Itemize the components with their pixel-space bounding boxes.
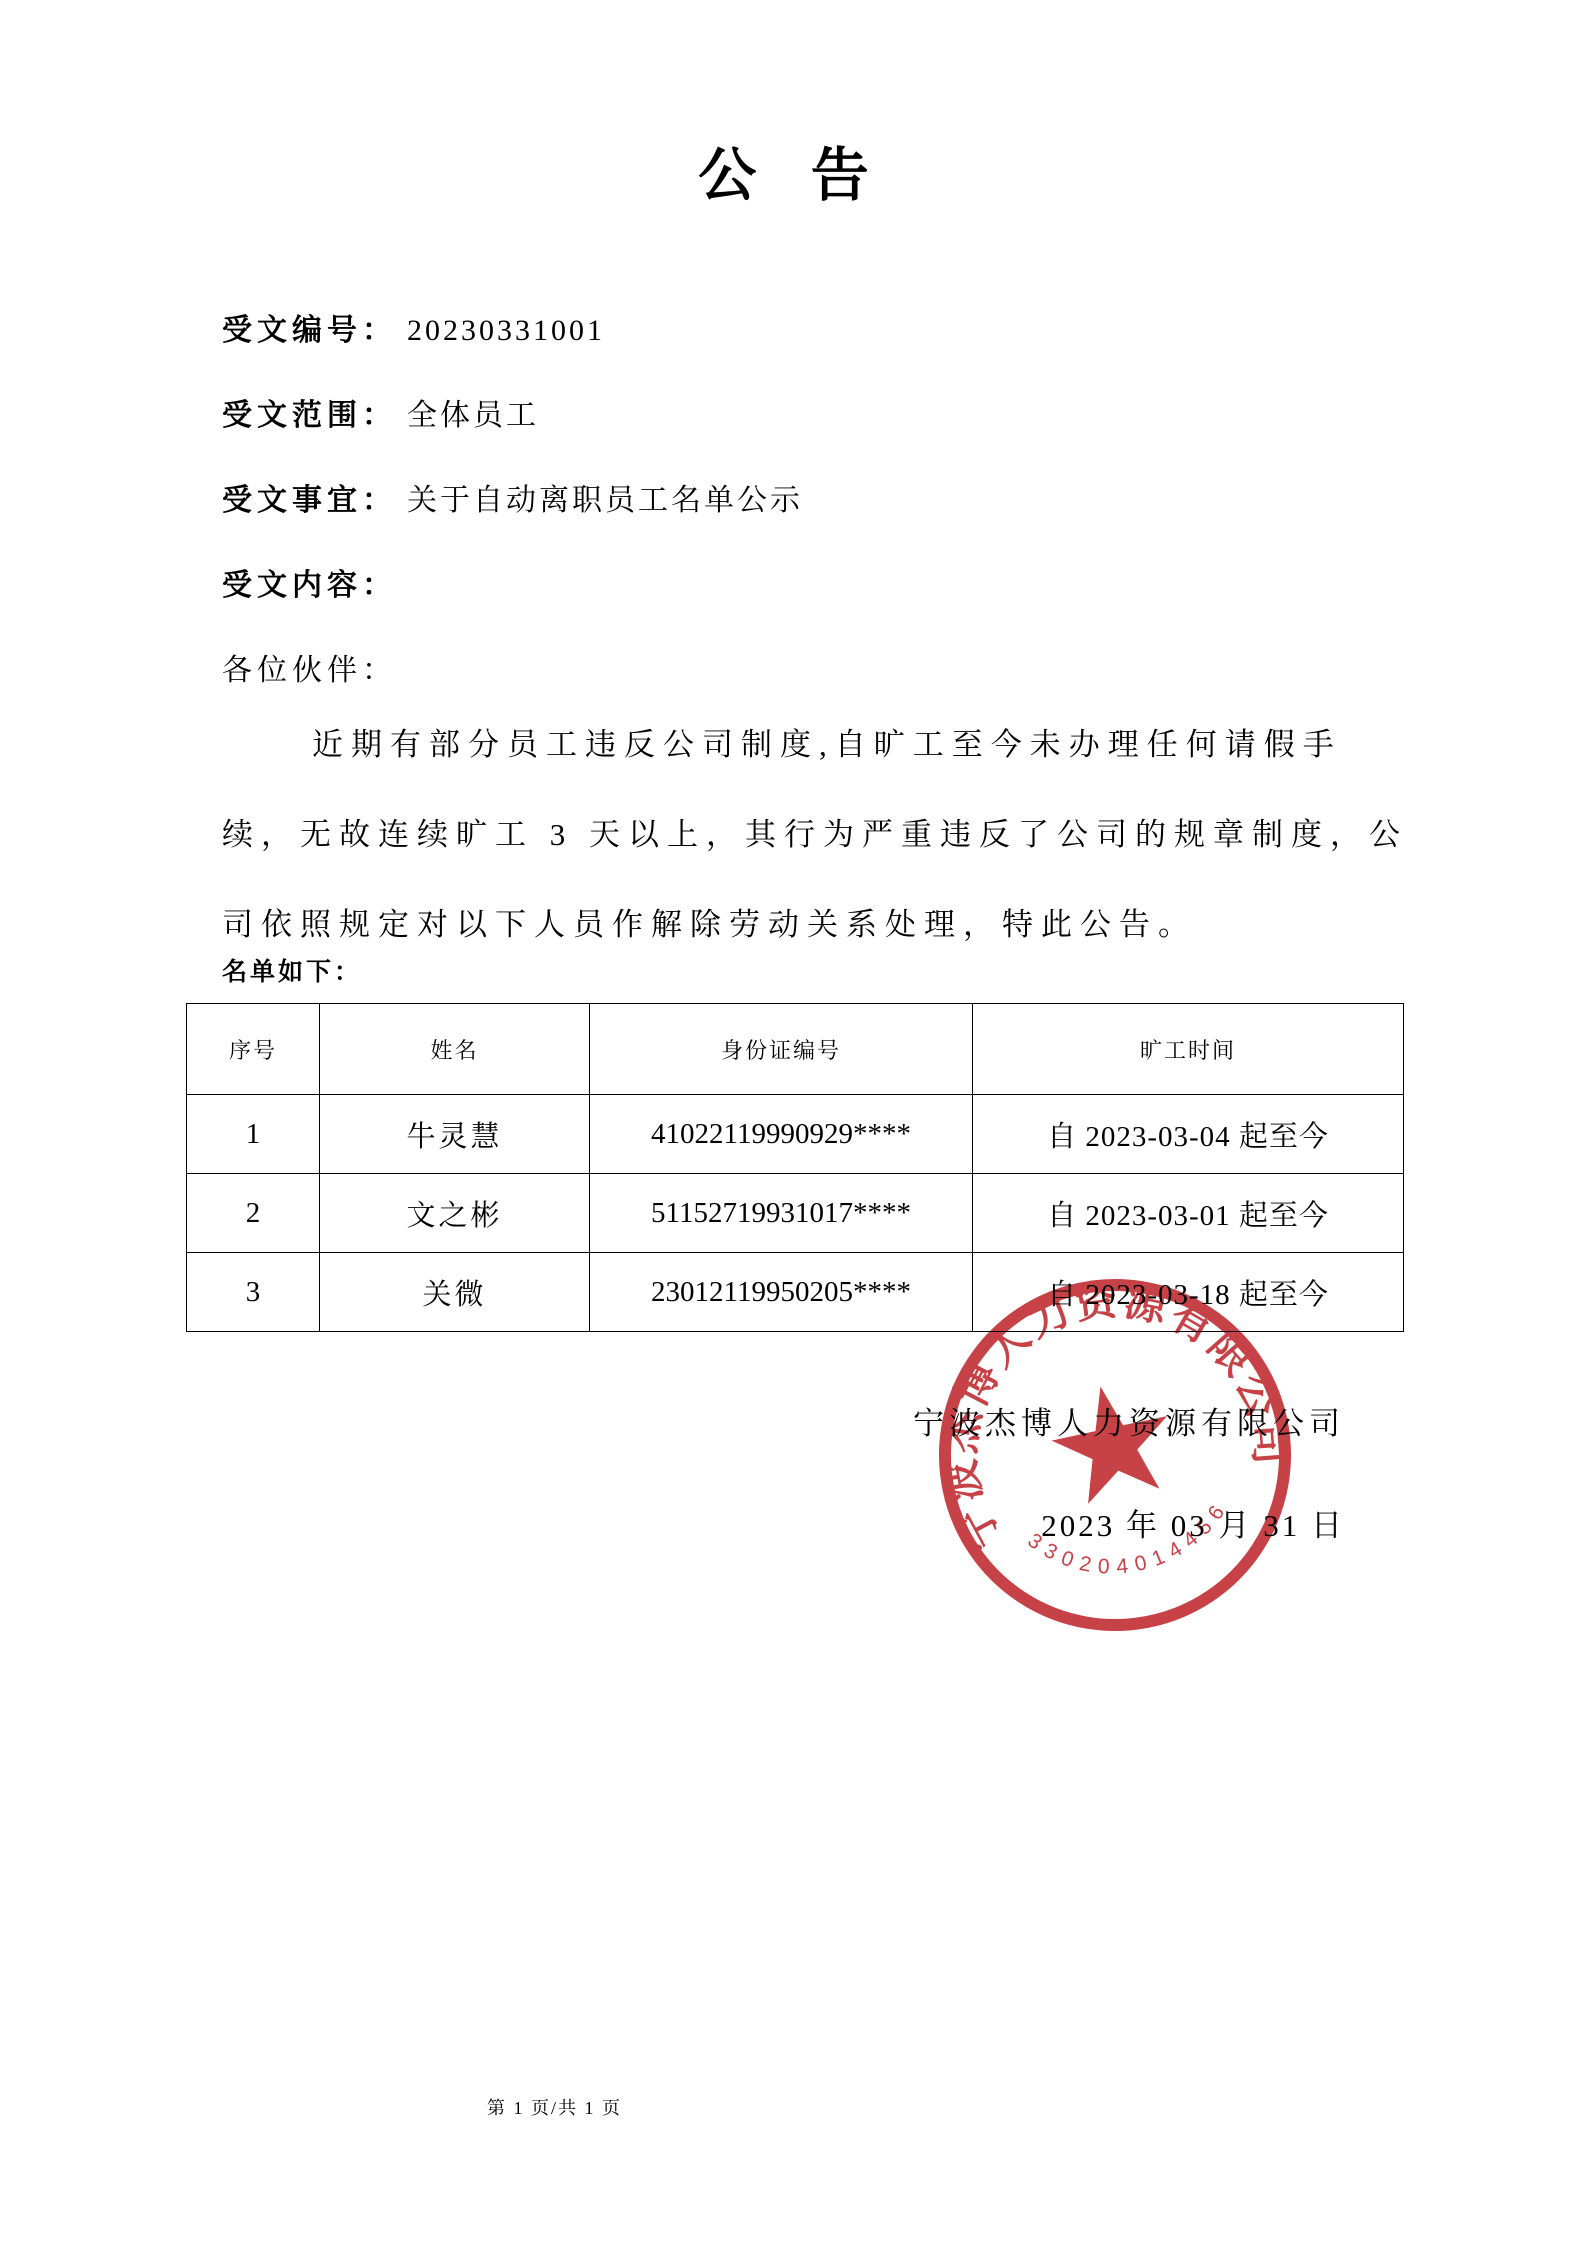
meta-line-content: 受文内容： bbox=[222, 543, 803, 628]
cell-id-number: 41022119990929**** bbox=[590, 1095, 973, 1174]
scope-label: 受文范围： bbox=[222, 399, 397, 432]
subject-label: 受文事宜： bbox=[222, 484, 397, 517]
cell-absence: 自 2023-03-18 起至今 bbox=[973, 1253, 1404, 1332]
footer-page-number: 第 1 页/共 1 页 bbox=[487, 2094, 622, 2120]
doc-number-label: 受文编号： bbox=[222, 314, 397, 347]
cell-id-number: 23012119950205**** bbox=[590, 1253, 973, 1332]
cell-seq: 2 bbox=[187, 1174, 320, 1253]
table-row: 3 关微 23012119950205**** 自 2023-03-18 起至今 bbox=[187, 1253, 1404, 1332]
cell-seq: 1 bbox=[187, 1095, 320, 1174]
signature-block: 宁波杰博人力资源有限公司 2023 年 03 月 31 日 bbox=[913, 1398, 1345, 1545]
signature-company: 宁波杰博人力资源有限公司 bbox=[913, 1398, 1345, 1443]
header-absence-time: 旷工时间 bbox=[973, 1004, 1404, 1095]
cell-absence: 自 2023-03-01 起至今 bbox=[973, 1174, 1404, 1253]
subject-value: 关于自动离职员工名单公示 bbox=[407, 484, 803, 517]
list-label: 名单如下： bbox=[222, 952, 362, 988]
meta-line-subject: 受文事宜：关于自动离职员工名单公示 bbox=[222, 458, 803, 543]
meta-section: 受文编号：20230331001 受文范围：全体员工 受文事宜：关于自动离职员工… bbox=[222, 288, 803, 713]
cell-name: 牛灵慧 bbox=[320, 1095, 590, 1174]
header-name: 姓名 bbox=[320, 1004, 590, 1095]
roster-table: 序号 姓名 身份证编号 旷工时间 1 牛灵慧 41022119990929***… bbox=[186, 1003, 1404, 1332]
cell-seq: 3 bbox=[187, 1253, 320, 1332]
table-row: 1 牛灵慧 41022119990929**** 自 2023-03-04 起至… bbox=[187, 1095, 1404, 1174]
meta-line-doc-number: 受文编号：20230331001 bbox=[222, 288, 803, 373]
announcement-document: 公 告 受文编号：20230331001 受文范围：全体员工 受文事宜：关于自动… bbox=[0, 0, 1587, 2245]
page-title: 公 告 bbox=[0, 128, 1587, 212]
cell-id-number: 51152719931017**** bbox=[590, 1174, 973, 1253]
header-seq: 序号 bbox=[187, 1004, 320, 1095]
table-header-row: 序号 姓名 身份证编号 旷工时间 bbox=[187, 1004, 1404, 1095]
cell-absence: 自 2023-03-04 起至今 bbox=[973, 1095, 1404, 1174]
cell-name: 关微 bbox=[320, 1253, 590, 1332]
doc-number-value: 20230331001 bbox=[407, 314, 605, 347]
scope-value: 全体员工 bbox=[407, 399, 539, 432]
meta-line-scope: 受文范围：全体员工 bbox=[222, 373, 803, 458]
cell-name: 文之彬 bbox=[320, 1174, 590, 1253]
header-id-number: 身份证编号 bbox=[590, 1004, 973, 1095]
body-paragraph: 近期有部分员工违反公司制度,自旷工至今未办理任何请假手 续，无故连续旷工 3 天… bbox=[222, 700, 1402, 970]
body-line-3: 司依照规定对以下人员作解除劳动关系处理，特此公告。 bbox=[222, 880, 1402, 970]
signature-date: 2023 年 03 月 31 日 bbox=[913, 1500, 1345, 1545]
body-line-1: 近期有部分员工违反公司制度,自旷工至今未办理任何请假手 bbox=[222, 700, 1402, 790]
content-label: 受文内容： bbox=[222, 569, 397, 602]
table-row: 2 文之彬 51152719931017**** 自 2023-03-01 起至… bbox=[187, 1174, 1404, 1253]
body-line-2: 续，无故连续旷工 3 天以上，其行为严重违反了公司的规章制度，公 bbox=[222, 790, 1402, 880]
